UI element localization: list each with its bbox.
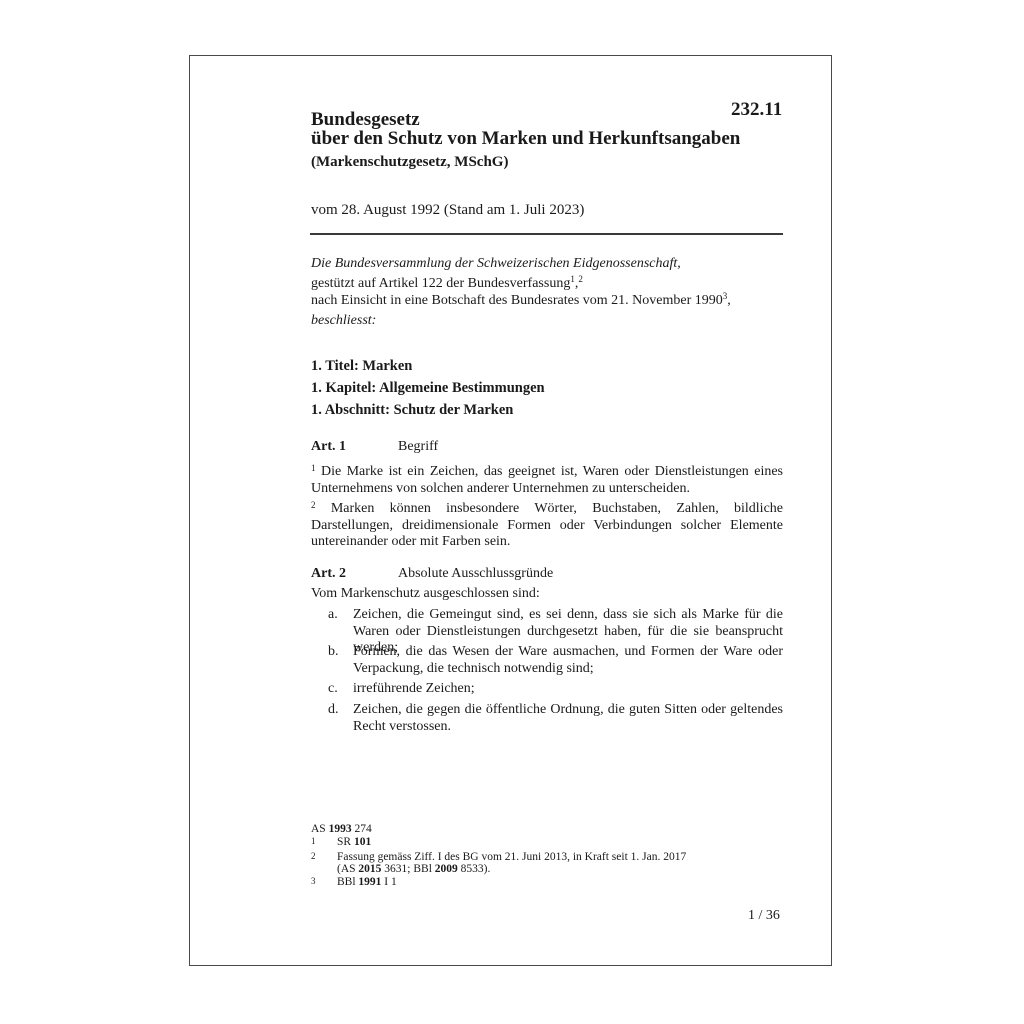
fn-part: 8533). (458, 863, 491, 875)
law-title-line1: Bundesgesetz (311, 110, 420, 130)
footnote-text: BBl 1991 I 1 (337, 877, 397, 889)
as-page: 274 (354, 823, 371, 835)
sr-number: 232.11 (731, 99, 782, 121)
as-prefix: AS (311, 823, 326, 835)
fn-part: BBl (337, 876, 358, 888)
list-text: irreführende Zeichen; (353, 681, 783, 698)
heading-title: 1. Titel: Marken (311, 358, 412, 375)
article-1-heading: Art. 1Begriff (311, 439, 438, 455)
list-letter: b. (328, 644, 339, 661)
footnote-number: 1 (311, 836, 316, 848)
article-title: Absolute Ausschlussgründe (398, 566, 553, 581)
article-2-intro: Vom Markenschutz ausgeschlossen sind: (311, 586, 540, 602)
article-number: Art. 1 (311, 439, 398, 455)
fn-bold: 101 (354, 836, 371, 848)
date-line: vom 28. August 1992 (Stand am 1. Juli 20… (311, 202, 584, 219)
law-title-line2: über den Schutz von Marken und Herkunfts… (311, 129, 740, 149)
fn-bold: 1991 (358, 876, 381, 888)
preamble-line4: beschliesst: (311, 312, 376, 329)
preamble-line2: gestützt auf Artikel 122 der Bundesverfa… (311, 275, 583, 292)
as-year: 1993 (329, 823, 352, 835)
article-1-paragraph-2: 2 Marken können insbesondere Wörter, Buc… (311, 497, 783, 551)
fn-part: I 1 (381, 876, 396, 888)
list-letter: a. (328, 607, 338, 624)
paragraph-number: 2 (311, 500, 316, 510)
article-number: Art. 2 (311, 566, 398, 582)
article-title: Begriff (398, 439, 438, 454)
footnote-text: SR 101 (337, 837, 371, 849)
fn-bold: 2009 (435, 863, 458, 875)
list-text: Zeichen, die gegen die öffentliche Ordnu… (353, 702, 783, 735)
paragraph-number: 1 (311, 463, 316, 473)
fn-part: SR (337, 836, 354, 848)
footnote-ref-2[interactable]: 2 (578, 274, 583, 284)
short-title: (Markenschutzgesetz, MSchG) (311, 154, 508, 171)
preamble-line1: Die Bundesversammlung der Schweizerische… (311, 255, 681, 272)
separator: , (727, 293, 731, 308)
list-letter: d. (328, 702, 339, 719)
footnote-text: Fassung gemäss Ziff. I des BG vom 21. Ju… (337, 852, 686, 864)
preamble-line3: nach Einsicht in eine Botschaft des Bund… (311, 292, 731, 309)
fn-part: (AS (337, 863, 358, 875)
footnote-number: 3 (311, 876, 316, 888)
article-2-heading: Art. 2Absolute Ausschlussgründe (311, 566, 553, 582)
paragraph-text: Die Marke ist ein Zeichen, das geeignet … (311, 464, 783, 496)
list-text: Formen, die das Wesen der Ware ausmachen… (353, 644, 783, 677)
paragraph-text: Marken können insbesondere Wörter, Buchs… (311, 501, 783, 549)
heading-section: 1. Abschnitt: Schutz der Marken (311, 402, 513, 419)
footnote-text-line2: (AS 2015 3631; BBl 2009 8533). (337, 864, 490, 876)
fn-bold: 2015 (358, 863, 381, 875)
article-1-paragraph-1: 1 Die Marke ist ein Zeichen, das geeigne… (311, 460, 783, 497)
heading-chapter: 1. Kapitel: Allgemeine Bestimmungen (311, 380, 545, 397)
fn-part: 3631; BBl (381, 863, 434, 875)
official-collection-ref: AS 1993 274 (311, 823, 372, 835)
list-letter: c. (328, 681, 338, 698)
title-divider (310, 233, 783, 235)
preamble-line2-text: gestützt auf Artikel 122 der Bundesverfa… (311, 276, 570, 291)
page-number: 1 / 36 (748, 908, 780, 924)
footnote-number: 2 (311, 851, 316, 863)
preamble-line3-text: nach Einsicht in eine Botschaft des Bund… (311, 293, 723, 308)
